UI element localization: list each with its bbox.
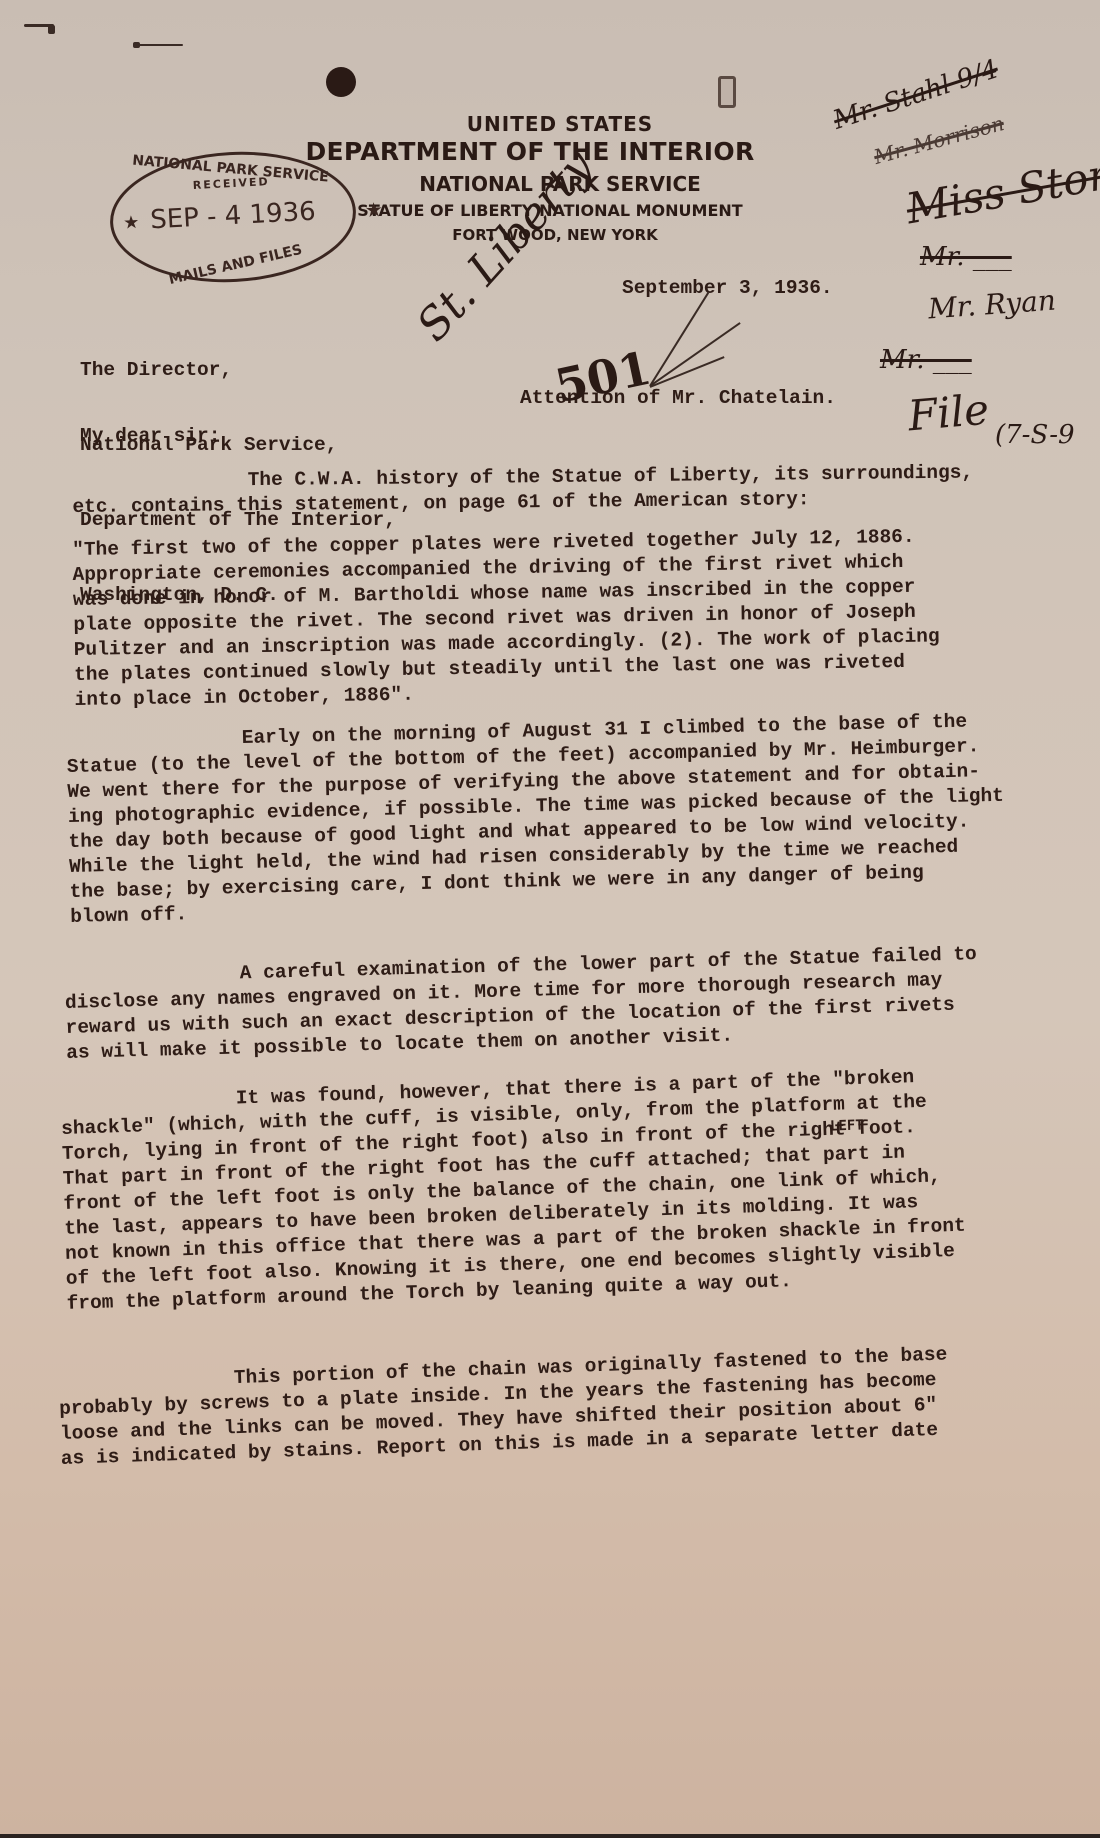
stamp-date: SEP - 4 1936	[112, 195, 353, 238]
punch-slot	[718, 76, 736, 108]
handwritten-routing-name: Miss Story	[902, 146, 1100, 234]
paragraph-2: Early on the morning of August 31 I clim…	[66, 709, 1006, 930]
paragraph-3: A careful examination of the lower part …	[64, 942, 979, 1066]
letterhead-line-1: UNITED STATES	[350, 112, 770, 136]
page-bottom-edge	[0, 1834, 1100, 1838]
handwritten-routing-name: Mr. Morrison	[871, 111, 1006, 169]
stamp-bottom-text: MAILS AND FILES	[117, 230, 354, 300]
scanned-letter-page: UNITED STATES DEPARTMENT OF THE INTERIOR…	[0, 0, 1100, 1838]
ink-smudge	[48, 25, 55, 34]
paragraph-1: The C.W.A. history of the Statue of Libe…	[72, 461, 974, 520]
letterhead-line-2: DEPARTMENT OF THE INTERIOR	[290, 137, 770, 166]
salutation: My dear sir:	[80, 424, 220, 449]
pen-check-stroke	[649, 292, 709, 386]
quoted-statement: "The first two of the copper plates were…	[72, 524, 941, 713]
handwritten-file-note: File	[906, 385, 991, 441]
ink-smudge	[135, 44, 183, 46]
letter-date: September 3, 1936.	[622, 276, 833, 301]
handwritten-file-code: (7-S-9	[995, 420, 1075, 450]
ink-smudge	[133, 42, 140, 48]
paragraph-5: This portion of the chain was originally…	[58, 1343, 950, 1472]
star-icon: ★	[364, 197, 383, 222]
handwritten-routing-name: Mr. ___	[880, 345, 972, 375]
handwritten-routing-name: Mr. Ryan	[927, 284, 1057, 326]
typed-correction: LEFT	[830, 1117, 864, 1134]
handwritten-routing-name: Mr. ___	[920, 242, 1012, 272]
punch-hole	[326, 67, 356, 97]
paragraph-4: It was found, however, that there is a p…	[60, 1064, 968, 1317]
address-line: The Director,	[80, 358, 396, 383]
pen-check-stroke	[649, 322, 740, 387]
